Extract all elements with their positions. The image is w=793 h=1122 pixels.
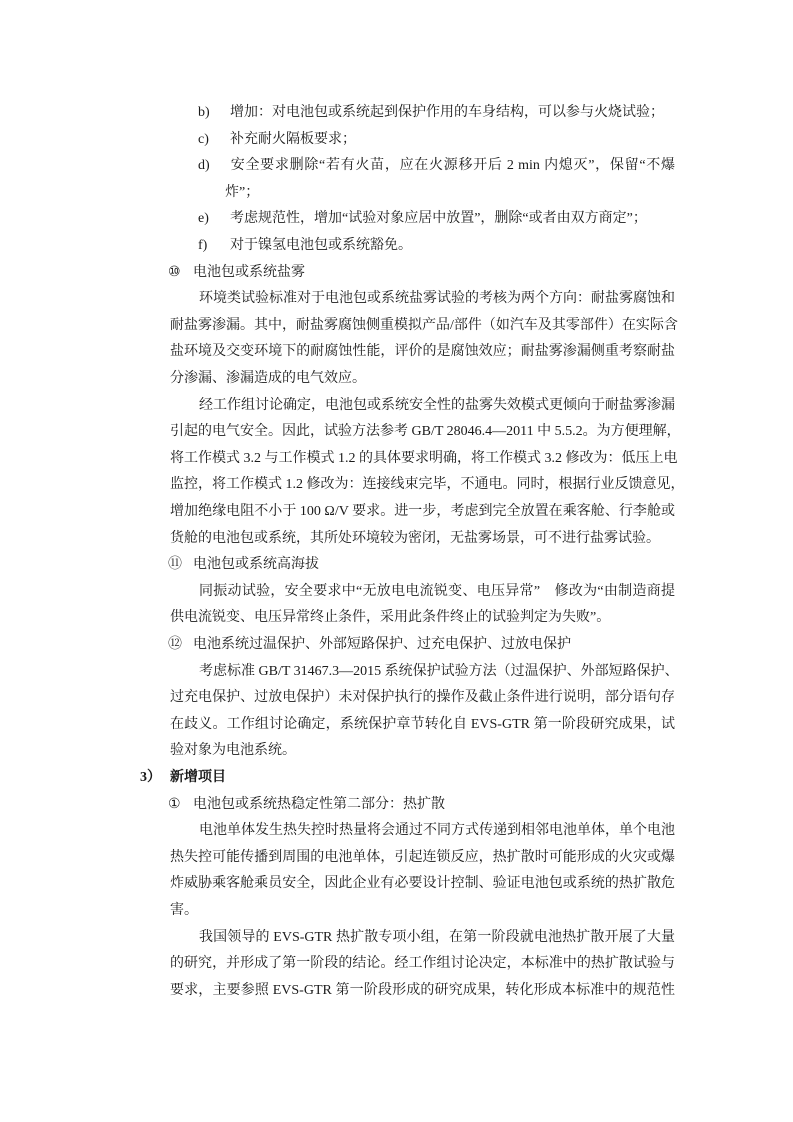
list-item-d-continuation: 炸”； (225, 179, 259, 206)
text-line: 经工作组讨论确定，电池包或系统安全性的盐雾失效模式更倾向于耐盐雾渗漏 (199, 398, 675, 413)
paragraph-line: 我国领导的 EVS-GTR 热扩散专项小组，在第一阶段就电池热扩散开展了大量 (199, 924, 675, 951)
text-line: 电池单体发生热失控时热量将会通过不同方式传递到相邻电池单体，单个电池 (199, 823, 675, 838)
text-line: 热失控可能传播到周围的电池单体，引起连锁反应，热扩散时可能形成的火灾或爆 (170, 850, 675, 865)
text-line: 电池包或系统热稳定性第二部分：热扩散 (193, 797, 445, 812)
text-line: 盐环境及交变环境下的耐腐蚀性能，评价的是腐蚀效应；耐盐雾渗漏侧重考察耐盐 (170, 344, 675, 359)
paragraph-line: 炸威胁乘客舱乘员安全，因此企业有必要设计控制、验证电池包或系统的热扩散危 (170, 870, 675, 897)
text-line: 在歧义。工作组讨论确定，系统保护章节转化自 EVS-GTR 第一阶段研究成果，试 (170, 717, 675, 732)
list-item-c: c)补充耐火隔板要求； (198, 126, 356, 153)
list-marker: d) (198, 152, 230, 179)
text-line: 电池系统过温保护、外部短路保护、过充电保护、过放电保护 (193, 637, 571, 652)
heading-text: 新增项目 (170, 770, 226, 785)
text-line: 要求，主要参照 EVS-GTR 第一阶段形成的研究成果，转化形成本标准中的规范性 (170, 983, 675, 998)
paragraph-line: 环境类试验标准对于电池包或系统盐雾试验的考核为两个方向：耐盐雾腐蚀和 (199, 285, 675, 312)
text-line: 炸”； (225, 185, 259, 200)
text-line: 同振动试验，安全要求中“无放电电流锐变、电压异常” 修改为“由制造商提 (199, 584, 675, 599)
list-item-f: f)对于镍氢电池包或系统豁免。 (198, 232, 412, 259)
circled-number-marker: ⑪ (168, 551, 193, 578)
text-line: 分渗漏、渗漏造成的电气效应。 (170, 371, 366, 386)
list-marker: b) (198, 99, 230, 126)
list-marker: e) (198, 205, 230, 232)
text-line: 耐盐雾渗漏。其中，耐盐雾腐蚀侧重模拟产品/部件（如汽车及其零部件）在实际含 (170, 318, 678, 333)
list-item-11-high-altitude: ⑪电池包或系统高海拔 (168, 551, 319, 578)
text-line: 货舱的电池包或系统，其所处环境较为密闭，无盐雾场景，可不进行盐雾试验。 (170, 531, 660, 546)
paragraph-line: 要求，主要参照 EVS-GTR 第一阶段形成的研究成果，转化形成本标准中的规范性 (170, 977, 675, 1004)
paragraph-line: 将工作模式 3.2 与工作模式 1.2 的具体要求明确，将工作模式 3.2 修改… (170, 445, 675, 472)
paragraph-line: 电池单体发生热失控时热量将会通过不同方式传递到相邻电池单体，单个电池 (199, 817, 675, 844)
section-heading-new-items: 3）新增项目 (140, 764, 226, 791)
paragraph-line: 在歧义。工作组讨论确定，系统保护章节转化自 EVS-GTR 第一阶段研究成果，试 (170, 711, 675, 738)
text-line: 的研究，并形成了第一阶段的结论。经工作组讨论决定，本标准中的热扩散试验与 (170, 956, 675, 971)
text-line: 补充耐火隔板要求； (230, 132, 356, 147)
circled-number-marker: ⑩ (168, 259, 193, 286)
circled-number-marker: ⑫ (168, 631, 193, 658)
list-item-12-protection: ⑫电池系统过温保护、外部短路保护、过充电保护、过放电保护 (168, 631, 571, 658)
text-line: 电池包或系统盐雾 (193, 265, 305, 280)
text-line: 电池包或系统高海拔 (193, 557, 319, 572)
paragraph-line: 供电流锐变、电压异常终止条件，采用此条件终止的试验判定为失败”。 (170, 604, 610, 631)
list-item-1-thermal-propagation: ①电池包或系统热稳定性第二部分：热扩散 (168, 791, 445, 818)
text-line: 害。 (170, 903, 198, 918)
text-line: 监控，将工作模式 1.2 修改为：连接线束完毕，不通电。同时，根据行业反馈意见， (170, 477, 685, 492)
circled-number-marker: ① (168, 791, 193, 818)
section-number-marker: 3） (140, 764, 170, 791)
paragraph-line: 害。 (170, 897, 198, 924)
paragraph-line: 验对象为电池系统。 (170, 737, 296, 764)
paragraph-line: 耐盐雾渗漏。其中，耐盐雾腐蚀侧重模拟产品/部件（如汽车及其零部件）在实际含 (170, 312, 675, 339)
text-line: 环境类试验标准对于电池包或系统盐雾试验的考核为两个方向：耐盐雾腐蚀和 (199, 291, 675, 306)
list-marker: f) (198, 232, 230, 259)
paragraph-line: 的研究，并形成了第一阶段的结论。经工作组讨论决定，本标准中的热扩散试验与 (170, 950, 675, 977)
text-line: 对于镍氢电池包或系统豁免。 (230, 238, 412, 253)
text-line: 考虑规范性，增加“试验对象应居中放置”，删除“或者由双方商定”； (230, 211, 647, 226)
text-line: 验对象为电池系统。 (170, 743, 296, 758)
paragraph-line: 盐环境及交变环境下的耐腐蚀性能，评价的是腐蚀效应；耐盐雾渗漏侧重考察耐盐 (170, 338, 675, 365)
paragraph-line: 分渗漏、渗漏造成的电气效应。 (170, 365, 366, 392)
paragraph-line: 增加绝缘电阻不小于 100 Ω/V 要求。进一步，考虑到完全放置在乘客舱、行李舱… (170, 498, 675, 525)
text-line: 过充电保护、过放电保护）未对保护执行的操作及截止条件进行说明，部分语句存 (170, 690, 675, 705)
paragraph-line: 货舱的电池包或系统，其所处环境较为密闭，无盐雾场景，可不进行盐雾试验。 (170, 525, 660, 552)
list-marker: c) (198, 126, 230, 153)
text-line: 供电流锐变、电压异常终止条件，采用此条件终止的试验判定为失败”。 (170, 610, 610, 625)
document-page: b)增加：对电池包或系统起到保护作用的车身结构，可以参与火烧试验； c)补充耐火… (0, 0, 793, 1122)
paragraph-line: 同振动试验，安全要求中“无放电电流锐变、电压异常” 修改为“由制造商提 (199, 578, 675, 605)
text-line: 将工作模式 3.2 与工作模式 1.2 的具体要求明确，将工作模式 3.2 修改… (170, 451, 678, 466)
paragraph-line: 热失控可能传播到周围的电池单体，引起连锁反应，热扩散时可能形成的火灾或爆 (170, 844, 675, 871)
list-item-10-salt-spray: ⑩电池包或系统盐雾 (168, 259, 305, 286)
text-line: 安全要求删除“若有火苗，应在火源移开后 2 min 内熄灭”，保留“不爆 (230, 158, 675, 173)
text-line: 引起的电气安全。因此，试验方法参考 GB/T 28046.4—2011 中 5.… (170, 424, 681, 439)
text-line: 我国领导的 EVS-GTR 热扩散专项小组，在第一阶段就电池热扩散开展了大量 (199, 930, 675, 945)
text-line: 炸威胁乘客舱乘员安全，因此企业有必要设计控制、验证电池包或系统的热扩散危 (170, 876, 675, 891)
text-line: 增加：对电池包或系统起到保护作用的车身结构，可以参与火烧试验； (230, 105, 664, 120)
paragraph-line: 过充电保护、过放电保护）未对保护执行的操作及截止条件进行说明，部分语句存 (170, 684, 675, 711)
text-line: 增加绝缘电阻不小于 100 Ω/V 要求。进一步，考虑到完全放置在乘客舱、行李舱… (170, 504, 675, 519)
list-item-d: d)安全要求删除“若有火苗，应在火源移开后 2 min 内熄灭”，保留“不爆 (198, 152, 675, 179)
list-item-e: e)考虑规范性，增加“试验对象应居中放置”，删除“或者由双方商定”； (198, 205, 647, 232)
list-item-b: b)增加：对电池包或系统起到保护作用的车身结构，可以参与火烧试验； (198, 99, 664, 126)
paragraph-line: 考虑标准 GB/T 31467.3—2015 系统保护试验方法（过温保护、外部短… (199, 658, 675, 685)
paragraph-line: 经工作组讨论确定，电池包或系统安全性的盐雾失效模式更倾向于耐盐雾渗漏 (199, 392, 675, 419)
text-line: 考虑标准 GB/T 31467.3—2015 系统保护试验方法（过温保护、外部短… (199, 664, 679, 679)
paragraph-line: 监控，将工作模式 1.2 修改为：连接线束完毕，不通电。同时，根据行业反馈意见， (170, 471, 675, 498)
paragraph-line: 引起的电气安全。因此，试验方法参考 GB/T 28046.4—2011 中 5.… (170, 418, 675, 445)
